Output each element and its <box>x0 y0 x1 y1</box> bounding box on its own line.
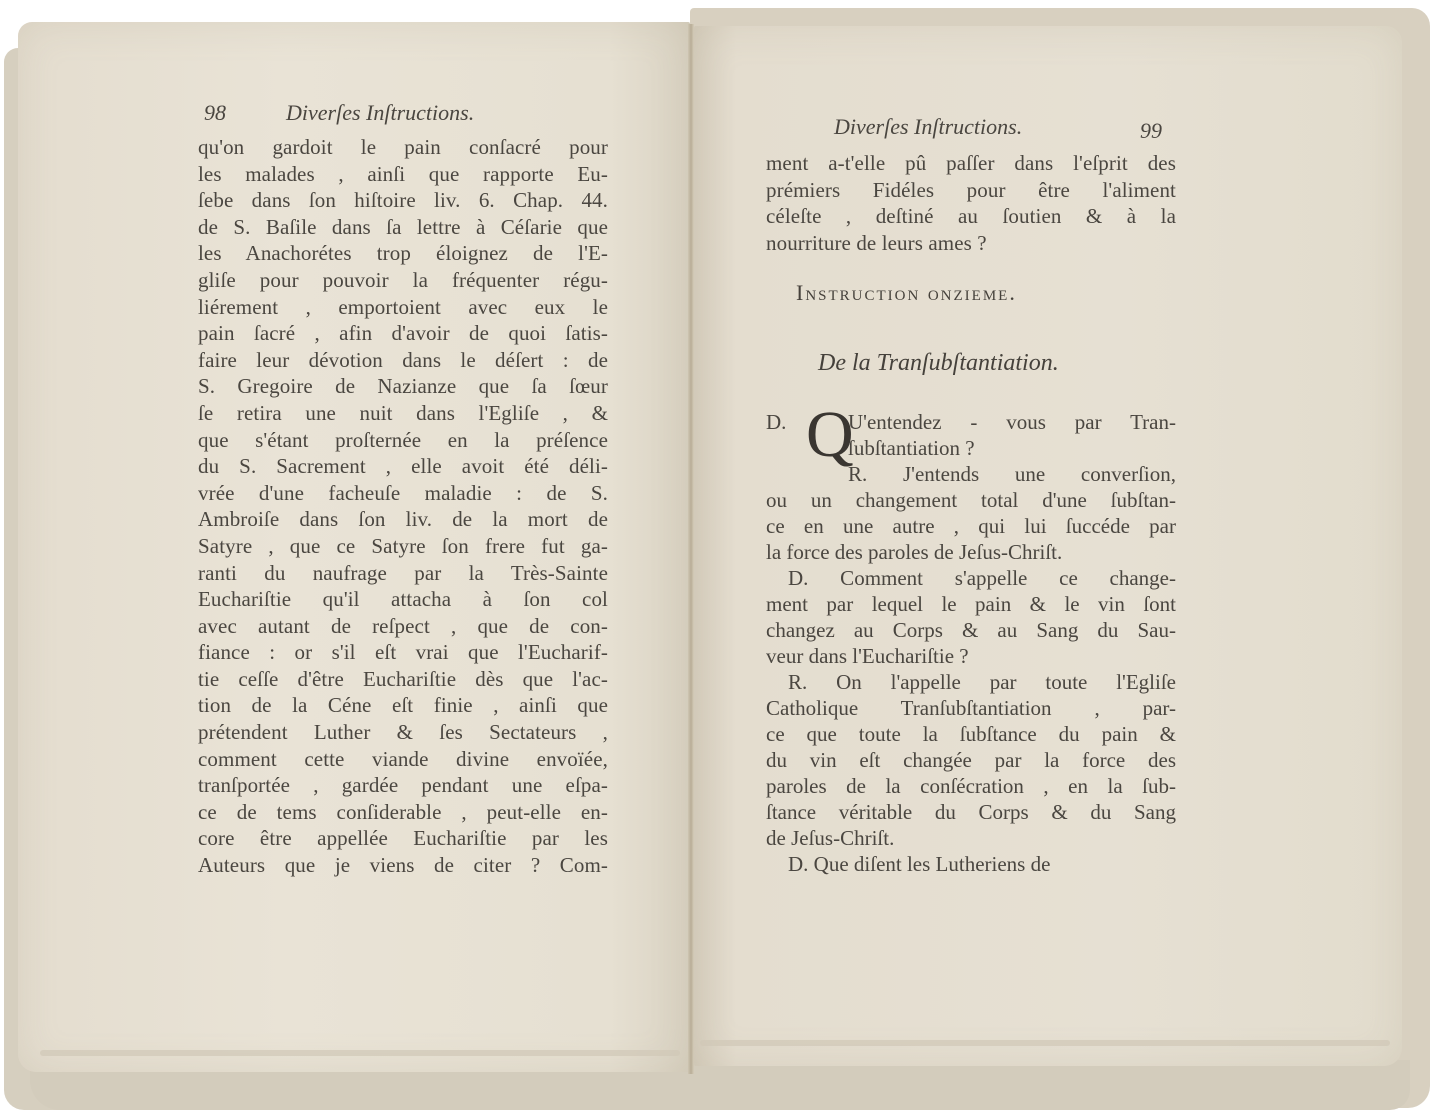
text-line: la force des paroles de Jeſus-Chriſt. <box>766 539 1176 565</box>
text-line: changez au Corps & au Sang du Sau- <box>766 617 1176 643</box>
text-line: fiance : or s'il eſt vrai que l'Eucharif… <box>198 639 608 666</box>
text-line: ſubſtantiation ? <box>848 435 1176 461</box>
text-line: tie ceſſe d'être Euchariſtie dès que l'a… <box>198 666 608 693</box>
text-line: que s'étant proſternée en la préſence <box>198 427 608 454</box>
text-line: prétendent Luther & ſes Sectateurs , <box>198 719 608 746</box>
running-title-left: Diverſes Inſtructions. <box>286 100 474 126</box>
open-book: 98 Diverſes Inſtructions. qu'on gardoit … <box>0 0 1440 1118</box>
text-line: qu'on gardoit le pain conſacré pour <box>198 134 608 161</box>
text-line: Satyre , que ce Satyre ſon frere fut ga- <box>198 533 608 560</box>
page-number-left: 98 <box>204 100 226 126</box>
text-line: liérement , emportoient avec eux le <box>198 294 608 321</box>
qa-body: R. J'entends une converſion,ou un change… <box>766 461 1176 877</box>
text-line: R. On l'appelle par toute l'Egliſe <box>766 669 1176 695</box>
text-line: D. Que diſent les Lutheriens de <box>766 851 1176 877</box>
text-line: ce que toute la ſubſtance du pain & <box>766 721 1176 747</box>
text-line: gliſe pour pouvoir la fréquenter régu- <box>198 267 608 294</box>
text-line: veur dans l'Euchariſtie ? <box>766 643 1176 669</box>
text-line: ment a-t'elle pû paſſer dans l'eſprit de… <box>766 150 1176 177</box>
text-line: ment par lequel le pain & le vin ſont <box>766 591 1176 617</box>
text-line: faire leur dévotion dans le déſert : de <box>198 347 608 374</box>
page-number-right: 99 <box>1140 118 1162 144</box>
running-title-right: Diverſes Inſtructions. <box>834 114 1022 140</box>
text-line: Euchariſtie qu'il attacha à ſon col <box>198 586 608 613</box>
text-line: Auteurs que je viens de citer ? Com- <box>198 852 608 879</box>
text-line: ce de tems conſiderable , peut-elle en- <box>198 799 608 826</box>
text-line: de Jeſus-Chriſt. <box>766 825 1176 851</box>
text-line: ſtance véritable du Corps & du Sang <box>766 799 1176 825</box>
right-page-intro: ment a-t'elle pû paſſer dans l'eſprit de… <box>766 150 1176 256</box>
text-line: les Anachorétes trop éloignez de l'E- <box>198 240 608 267</box>
text-line: D. Comment s'appelle ce change- <box>766 565 1176 591</box>
text-line: céleſte , deſtiné au ſoutien & à la <box>766 203 1176 230</box>
first-question: U'entendez - vous par Tran-ſubſtantiatio… <box>848 409 1176 461</box>
text-line: ou un changement total d'une ſubſtan- <box>766 487 1176 513</box>
text-line: nourriture de leurs ames ? <box>766 230 1176 257</box>
text-line: de S. Baſile dans ſa lettre à Céſarie qu… <box>198 214 608 241</box>
drop-cap: Q <box>806 405 854 465</box>
text-line: avec autant de reſpect , que de con- <box>198 613 608 640</box>
left-page-body: qu'on gardoit le pain conſacré pourles m… <box>198 134 608 879</box>
text-line: ranti du naufrage par la Très-Sainte <box>198 560 608 587</box>
text-line: Ambroiſe dans ſon liv. de la mort de <box>198 506 608 533</box>
text-line: U'entendez - vous par Tran- <box>848 409 1176 435</box>
text-line: Catholique Tranſubſtantiation , par- <box>766 695 1176 721</box>
text-line: tion de la Céne eſt finie , ainſi que <box>198 692 608 719</box>
text-line: ce en une autre , qui lui ſuccéde par <box>766 513 1176 539</box>
text-line: prémiers Fidéles pour être l'aliment <box>766 177 1176 204</box>
text-line: pain ſacré , afin d'avoir de quoi ſatis- <box>198 320 608 347</box>
book-gutter <box>688 24 694 1074</box>
deckle-edge <box>40 1050 680 1056</box>
deckle-edge <box>700 1040 1390 1046</box>
text-line: ſebe dans ſon hiſtoire liv. 6. Chap. 44. <box>198 187 608 214</box>
text-line: comment cette viande divine envoïée, <box>198 746 608 773</box>
text-line: core être appellée Euchariſtie par les <box>198 825 608 852</box>
text-line: du S. Sacrement , elle avoit été déli- <box>198 453 608 480</box>
chapter-heading: Instruction onzieme. <box>796 280 1017 306</box>
chapter-subheading: De la Tranſubſtantiation. <box>818 350 1059 377</box>
text-line: ſe retira une nuit dans l'Egliſe , & <box>198 400 608 427</box>
text-line: paroles de la conſécration , en la ſub- <box>766 773 1176 799</box>
text-line: R. J'entends une converſion, <box>766 461 1176 487</box>
text-line: tranſportée , gardée pendant une eſpa- <box>198 772 608 799</box>
text-line: vrée d'une facheuſe maladie : de S. <box>198 480 608 507</box>
text-line: les malades , ainſi que rapporte Eu- <box>198 161 608 188</box>
text-line: du vin eſt changée par la force des <box>766 747 1176 773</box>
question-label: D. <box>766 409 786 435</box>
text-line: S. Gregoire de Nazianze que ſa ſœur <box>198 373 608 400</box>
